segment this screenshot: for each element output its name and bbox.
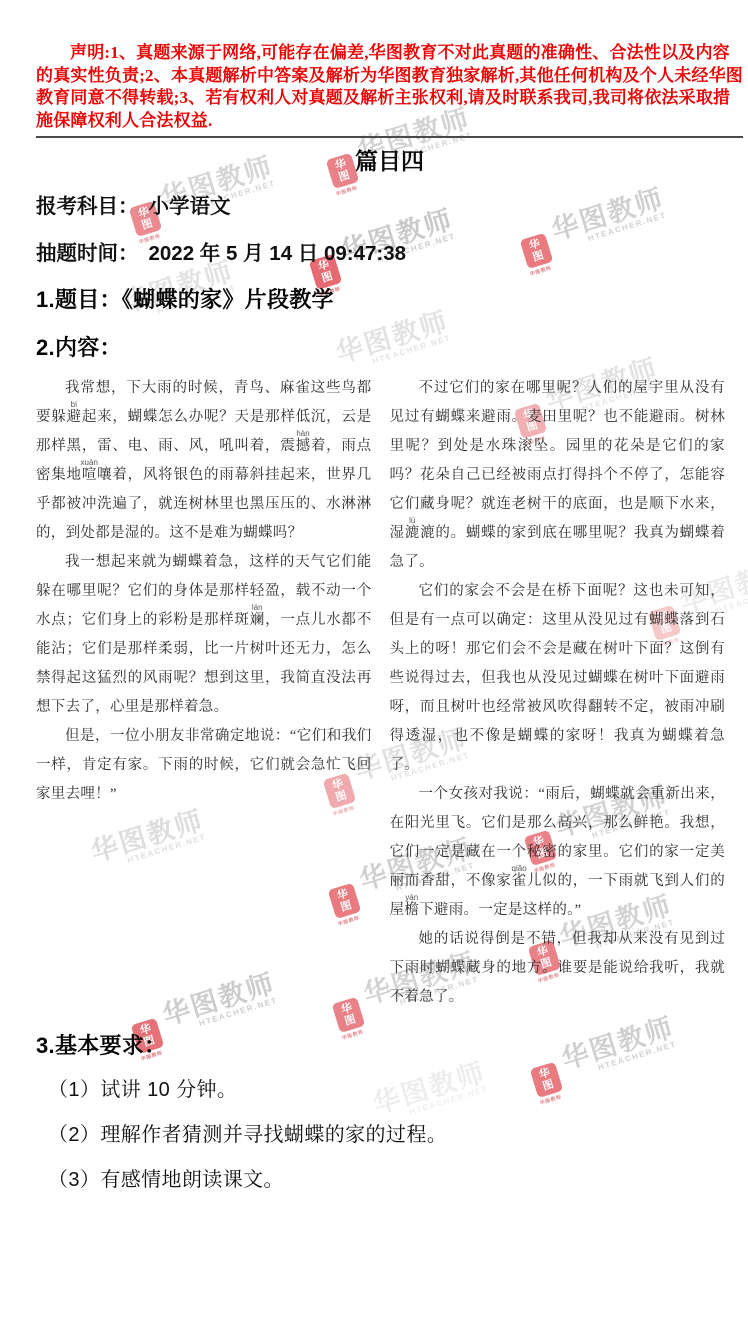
passage-column-right: 不过它们的家在哪里呢？人们的屋宇里从没有见过有蝴蝶来避雨。麦田里呢？也不能避雨。… <box>390 374 726 1012</box>
question-value: 《蝴蝶的家》片段教学 <box>122 287 334 312</box>
passage-paragraph: 但是，一位小朋友非常确定地说：“它们和我们一样，肯定有家。下雨的时候，它们就会急… <box>36 722 372 809</box>
passage-paragraph: 一个女孩对我说：“雨后，蝴蝶就会重新出来，在阳光里飞。它们是那么高兴，那么鲜艳。… <box>390 780 726 925</box>
requirement-item: （2）理解作者猜测并寻找蝴蝶的家的过程。 <box>48 1119 743 1151</box>
content-heading: 2.内容： <box>36 332 743 364</box>
passage-paragraph: 她的话说得倒是不错，但我却从来没有见到过下雨时蝴蝶藏身的地方。谁要是能说给我听，… <box>390 925 726 1012</box>
passage-paragraph: 它们的家会不会是在桥下面呢？这也未可知，但是有一点可以确定：这里从没见过有蝴蝶落… <box>390 577 726 780</box>
subject-label: 报考科目： <box>36 195 139 218</box>
subject-value: 小学语文 <box>149 195 231 218</box>
divider-line <box>36 136 743 138</box>
disclaimer-prefix: 声明: <box>70 43 110 62</box>
requirements-heading: 3.基本要求： <box>36 1030 743 1062</box>
disclaimer-text: 声明:1、真题来源于网络,可能存在偏差,华图教育不对此真题的准确性、合法性以及内… <box>36 42 743 132</box>
draw-time-line: 抽题时间：2022 年 5 月 14 日 09:47:38 <box>36 239 743 269</box>
passage-columns: 我常想，下大雨的时候，青鸟、麻雀这些鸟都要躲避bì起来，蝴蝶怎么办呢？天是那样低… <box>36 374 725 1012</box>
draw-time-value: 2022 年 5 月 14 日 09:47:38 <box>149 242 407 265</box>
disclaimer-body: 1、真题来源于网络,可能存在偏差,华图教育不对此真题的准确性、合法性以及内容的真… <box>36 43 743 130</box>
passage-paragraph: 不过它们的家在哪里呢？人们的屋宇里从没有见过有蝴蝶来避雨。麦田里呢？也不能避雨。… <box>390 374 726 577</box>
requirement-item: （3）有感情地朗读课文。 <box>48 1164 743 1196</box>
draw-time-label: 抽题时间： <box>36 242 139 265</box>
requirement-item: （1）试讲 10 分钟。 <box>48 1074 743 1106</box>
exam-question-page: 声明:1、真题来源于网络,可能存在偏差,华图教育不对此真题的准确性、合法性以及内… <box>0 0 748 1335</box>
requirements-list: （1）试讲 10 分钟。（2）理解作者猜测并寻找蝴蝶的家的过程。（3）有感情地朗… <box>36 1074 743 1196</box>
passage-paragraph: 我一想起来就为蝴蝶着急，这样的天气它们能躲在哪里呢？它们的身体是那样轻盈，载不动… <box>36 548 372 722</box>
subject-line: 报考科目：小学语文 <box>36 192 743 222</box>
question-label: 1.题目： <box>36 287 122 312</box>
page-title: 篇目四 <box>36 146 743 176</box>
passage-paragraph: 我常想，下大雨的时候，青鸟、麻雀这些鸟都要躲避bì起来，蝴蝶怎么办呢？天是那样低… <box>36 374 372 548</box>
passage-column-left: 我常想，下大雨的时候，青鸟、麻雀这些鸟都要躲避bì起来，蝴蝶怎么办呢？天是那样低… <box>36 374 372 1012</box>
question-title-line: 1.题目：《蝴蝶的家》片段教学 <box>36 284 743 316</box>
